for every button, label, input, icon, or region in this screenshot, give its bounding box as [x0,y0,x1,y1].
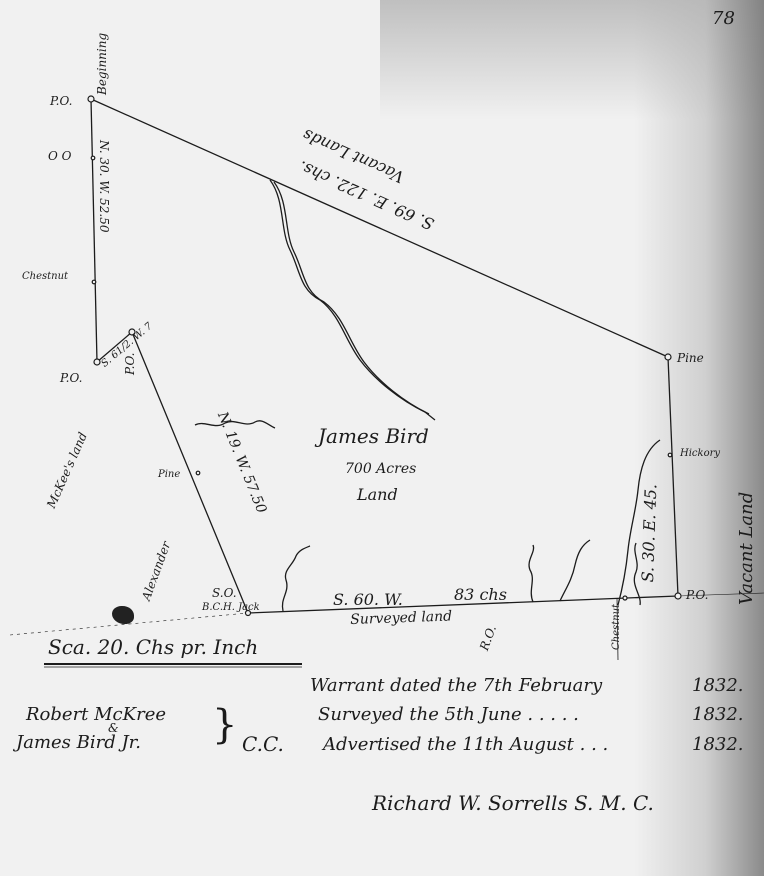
tree-label-pine-west: Pine [158,470,180,480]
north-boundary-line [91,99,668,357]
corner-label-offset: P.O. [124,353,136,375]
call-south-distance: 83 chs [454,587,507,603]
tree-label-oo: O O [48,150,72,162]
corner-label-se: P.O. [686,589,708,601]
tree-label-chestnut-west: Chestnut [22,272,68,282]
call-south-bearing: S. 60. W. [333,592,403,608]
record-advertised-year: 1832. [692,736,744,754]
call-east-line: S. 30. E. 45. [640,484,659,583]
ink-blot [112,606,134,624]
stream-south-2 [529,545,534,602]
tree-label-hickory: Hickory [680,449,720,459]
corner-marker-ne [665,354,671,360]
corner-marker-se [675,593,681,599]
corner-label-w: P.O. [60,372,82,384]
east-boundary-line [668,357,678,596]
stream-south-3 [560,540,590,601]
corner-marker-nw [88,96,94,102]
adjoiner-south: Surveyed land [350,609,452,627]
page-number: 78 [712,10,735,28]
surveyor-signature: Richard W. Sorrells S. M. C. [372,793,654,813]
adjoiner-east: Vacant Land [738,492,756,605]
record-warrant-year: 1832. [692,677,744,695]
record-warrant: Warrant dated the 7th February [310,677,602,695]
corner-label-nw: P.O. [50,95,72,107]
brace-icon: } [212,702,237,748]
record-surveyed-year: 1832. [692,706,744,724]
chain-carrier-role: C.C. [242,734,284,754]
stream-south-1 [282,546,310,611]
corner-label-sw: B.C.H. Jack [202,603,260,613]
record-surveyed: Surveyed the 5th June . . . . . [318,706,579,724]
scale-label: Sca. 20. Chs pr. Inch [48,637,258,657]
corner-label-ne: Pine [677,352,704,364]
chain-carrier-1: Robert McKree [26,706,166,724]
tract-owner: James Bird [318,426,429,446]
record-advertised: Advertised the 11th August . . . [323,736,608,754]
beginning-label: Beginning [96,33,108,95]
corner-label-sw-top: S.O. [212,587,237,599]
call-west-upper: N. 30. W. 52.50 [98,140,110,232]
chain-carrier-2: James Bird Jr. [16,734,141,752]
tract-type: Land [357,487,398,503]
tract-acreage: 700 Acres [345,462,416,476]
tree-label-chestnut-south: Chestnut [612,604,622,650]
